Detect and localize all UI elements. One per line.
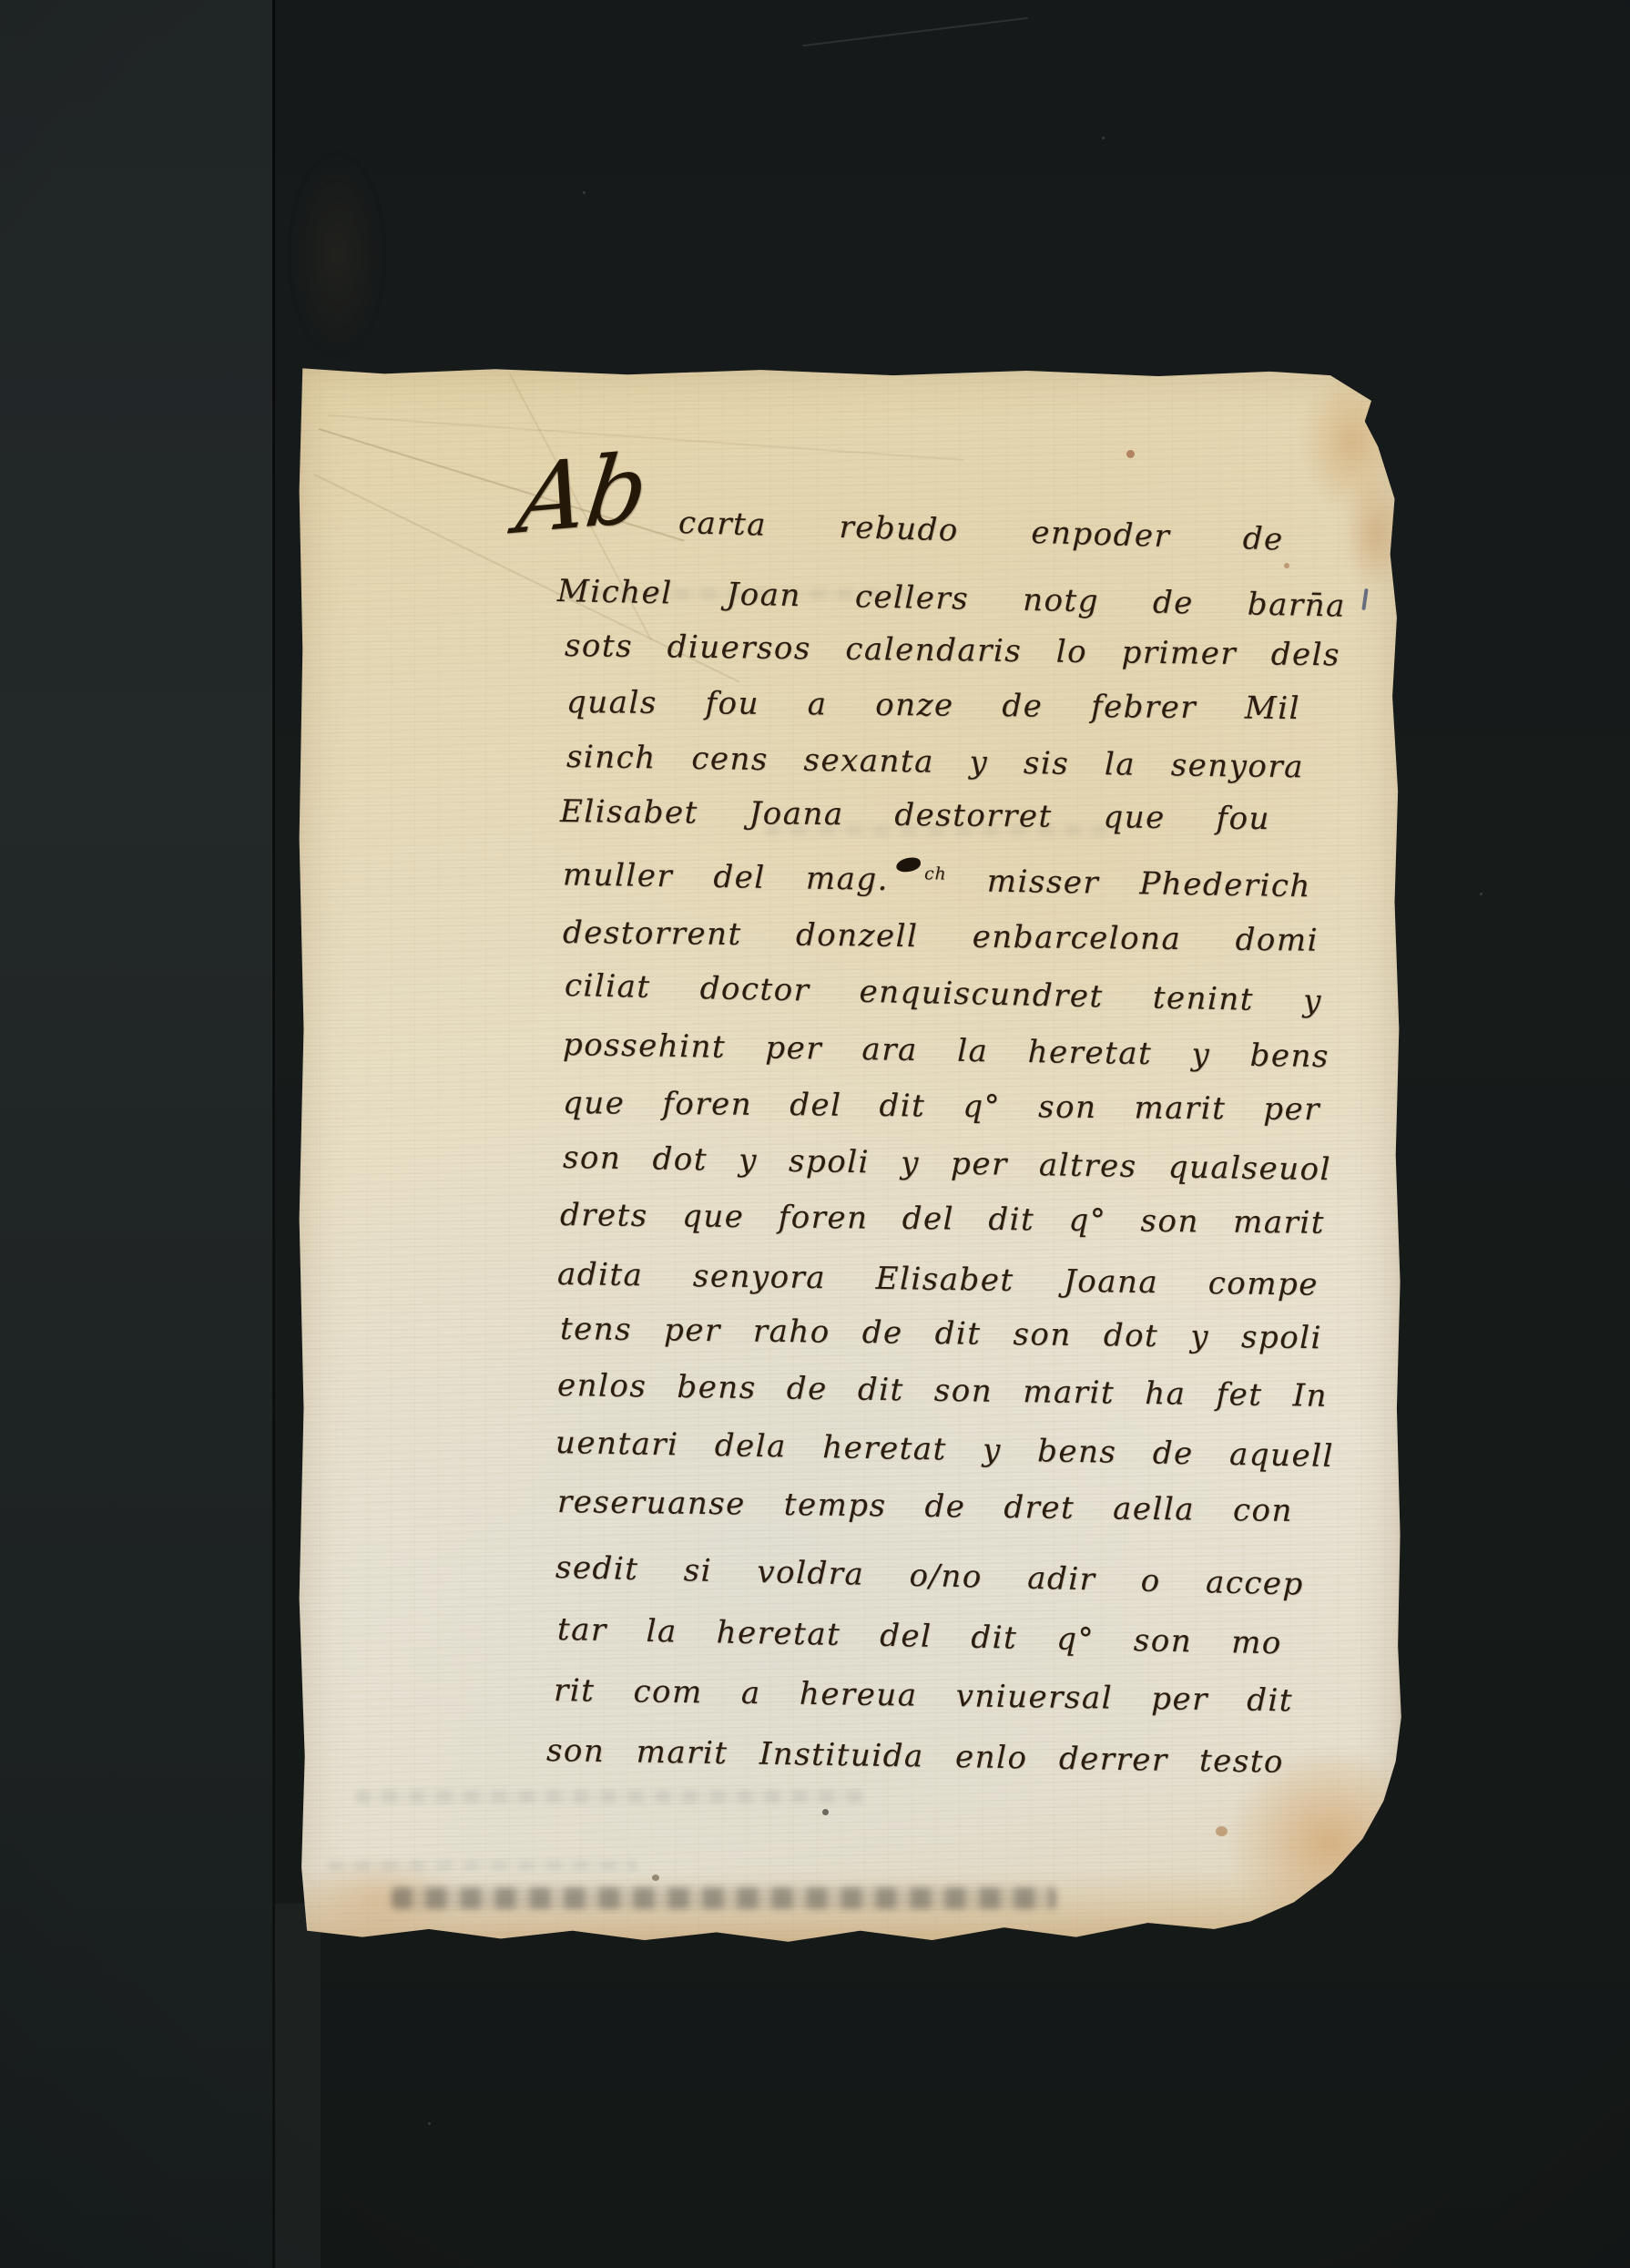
show-through-smudge xyxy=(355,1790,865,1803)
foxing-spot xyxy=(652,1875,659,1881)
foxing-spot xyxy=(1284,563,1289,568)
backdrop-scratch xyxy=(802,17,1028,46)
photo-backdrop: Ab carta rebudo enpoder de Michel Joan c… xyxy=(0,0,1630,2268)
superscript-abbreviation: ch xyxy=(924,864,947,884)
manuscript-line: Elisabet Joana destorret que fou xyxy=(560,791,1270,840)
dust-speck xyxy=(1480,893,1482,895)
manuscript-line: que foren del dit q° son marit per xyxy=(563,1082,1320,1130)
manuscript-line: reseruanse temps de dret aella con xyxy=(557,1481,1294,1532)
foxing-spot xyxy=(1216,1826,1228,1836)
dust-speck xyxy=(428,2122,431,2125)
ink-blot xyxy=(895,857,922,873)
line7-part2: misser Phederich xyxy=(987,863,1312,905)
show-through-ghost-text xyxy=(392,1887,1056,1909)
dust-speck xyxy=(1102,137,1105,139)
foxing-spot xyxy=(1126,450,1135,458)
show-through-smudge xyxy=(328,1860,637,1871)
mat-board-strip-below-page xyxy=(275,1904,321,2268)
line7-part1: muller del mag. xyxy=(563,856,890,898)
manuscript-line: destorrent donzell enbarcelona domi xyxy=(563,912,1319,962)
mat-board-left xyxy=(0,0,273,2268)
manuscript-line: quals fou a onze de febrer Mil xyxy=(566,681,1300,730)
manuscript-line: drets que foren del dit q° son marit xyxy=(560,1194,1325,1244)
dust-speck xyxy=(583,191,586,194)
manuscript-page: Ab carta rebudo enpoder de Michel Joan c… xyxy=(296,364,1402,1946)
stain-right-edge xyxy=(1343,474,1407,592)
drop-cap-initial: Ab xyxy=(513,440,653,547)
foxing-spot xyxy=(822,1809,829,1815)
backdrop-mottle xyxy=(273,109,401,401)
